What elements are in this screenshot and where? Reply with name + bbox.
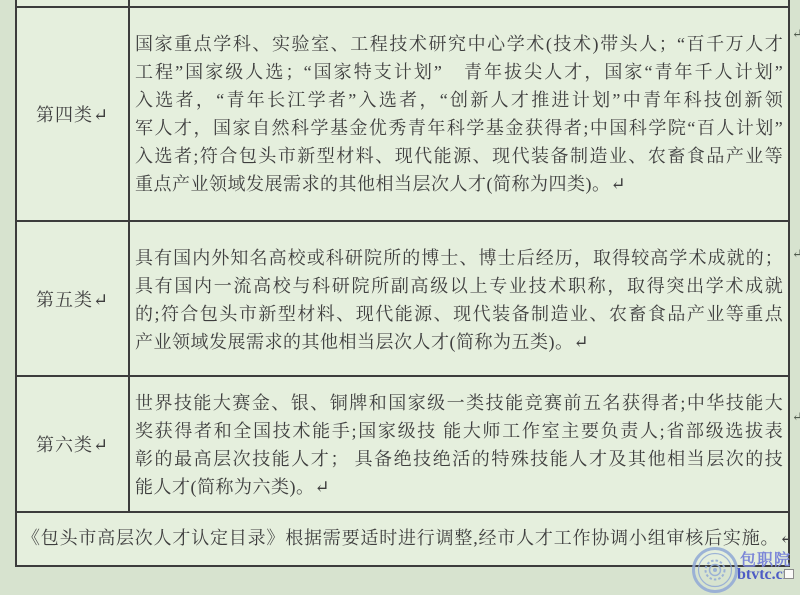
category-label-cell: 第五类↵ [17, 222, 130, 375]
category-label: 第五类↵ [36, 286, 109, 312]
end-of-row-mark: ↵ [792, 247, 800, 261]
table-row-category-5: 第五类↵ 具有国内外知名高校或科研院所的博士、博士后经历，取得较高学术成就的； … [15, 222, 790, 377]
text-line: 入选者;符合包头市新型材料、现代能源、现代装备制造业、农畜食品产业等 [135, 142, 783, 170]
text-line: 具有国内一流高校与科研院所副高级以上专业技术职称，取得突出学术成就 [135, 272, 783, 300]
talent-category-table: 第四类↵ 国家重点学科、实验室、工程技术研究中心学术(技术)带头人；“百千万人才… [15, 0, 790, 567]
text-line: 彰的最高层次技能人才； 具备绝技绝活的特殊技能人才及其他相当层次的技 [135, 445, 783, 473]
category-label: 第六类↵ [36, 431, 109, 457]
text-line: 具有国内外知名高校或科研院所的博士、博士后经历，取得较高学术成就的； [135, 244, 783, 272]
description-cell: 世界技能大赛金、银、铜牌和国家级一类技能竞赛前五名获得者;中华技能大 奖获得者和… [130, 377, 788, 511]
text-line: 国家重点学科、实验室、工程技术研究中心学术(技术)带头人；“百千万人才 [135, 30, 783, 58]
table-row-category-4: 第四类↵ 国家重点学科、实验室、工程技术研究中心学术(技术)带头人；“百千万人才… [15, 8, 790, 222]
description-cell: 具有国内外知名高校或科研院所的博士、博士后经历，取得较高学术成就的； 具有国内一… [130, 222, 788, 375]
text-line: 重点产业领域发展需求的其他相当层次人才(简称为四类)。↵ [135, 170, 783, 198]
text-line: 入选者，“青年长江学者”入选者，“创新人才推进计划”中青年科技创新领 [135, 86, 783, 114]
end-of-row-mark: ↵ [792, 410, 800, 424]
selection-handle-square[interactable] [784, 569, 794, 579]
text-line: 奖获得者和全国技术能手;国家级技 能大师工作室主要负责人;省部级选拔表 [135, 417, 783, 445]
text-line: 世界技能大赛金、银、铜牌和国家级一类技能竞赛前五名获得者;中华技能大 [135, 389, 783, 417]
table-row-category-6: 第六类↵ 世界技能大赛金、银、铜牌和国家级一类技能竞赛前五名获得者;中华技能大 … [15, 377, 790, 513]
text-line: 能人才(简称为六类)。↵ [135, 473, 783, 501]
note-text: 《包头市高层次人才认定目录》根据需要适时进行调整,经市人才工作协调小组审核后实施… [17, 513, 788, 565]
document-page: 第四类↵ 国家重点学科、实验室、工程技术研究中心学术(技术)带头人；“百千万人才… [0, 0, 800, 595]
text-line: 工程”国家级人选；“国家特支计划” 青年拔尖人才，国家“青年千人计划” [135, 58, 783, 86]
school-seal-icon [691, 546, 739, 594]
text-line: 产业领域发展需求的其他相当层次人才(简称为五类)。↵ [135, 328, 783, 356]
watermark: 包职院 btvtc.cn [691, 545, 796, 595]
end-of-row-mark: ↵ [792, 27, 800, 41]
description-cell-partial [130, 0, 788, 6]
category-label: 第四类↵ [36, 101, 109, 127]
text-line: 的;符合包头市新型材料、现代能源、现代装备制造业、农畜食品产业等重点 [135, 300, 783, 328]
table-row-note: 《包头市高层次人才认定目录》根据需要适时进行调整,经市人才工作协调小组审核后实施… [15, 513, 790, 567]
table-row-partial [15, 0, 790, 8]
text-line: 军人才，国家自然科学基金优秀青年科学基金获得者;中国科学院“百人计划” [135, 114, 783, 142]
category-cell-partial [17, 0, 130, 6]
category-label-cell: 第四类↵ [17, 8, 130, 220]
description-cell: 国家重点学科、实验室、工程技术研究中心学术(技术)带头人；“百千万人才 工程”国… [130, 8, 788, 220]
category-label-cell: 第六类↵ [17, 377, 130, 511]
